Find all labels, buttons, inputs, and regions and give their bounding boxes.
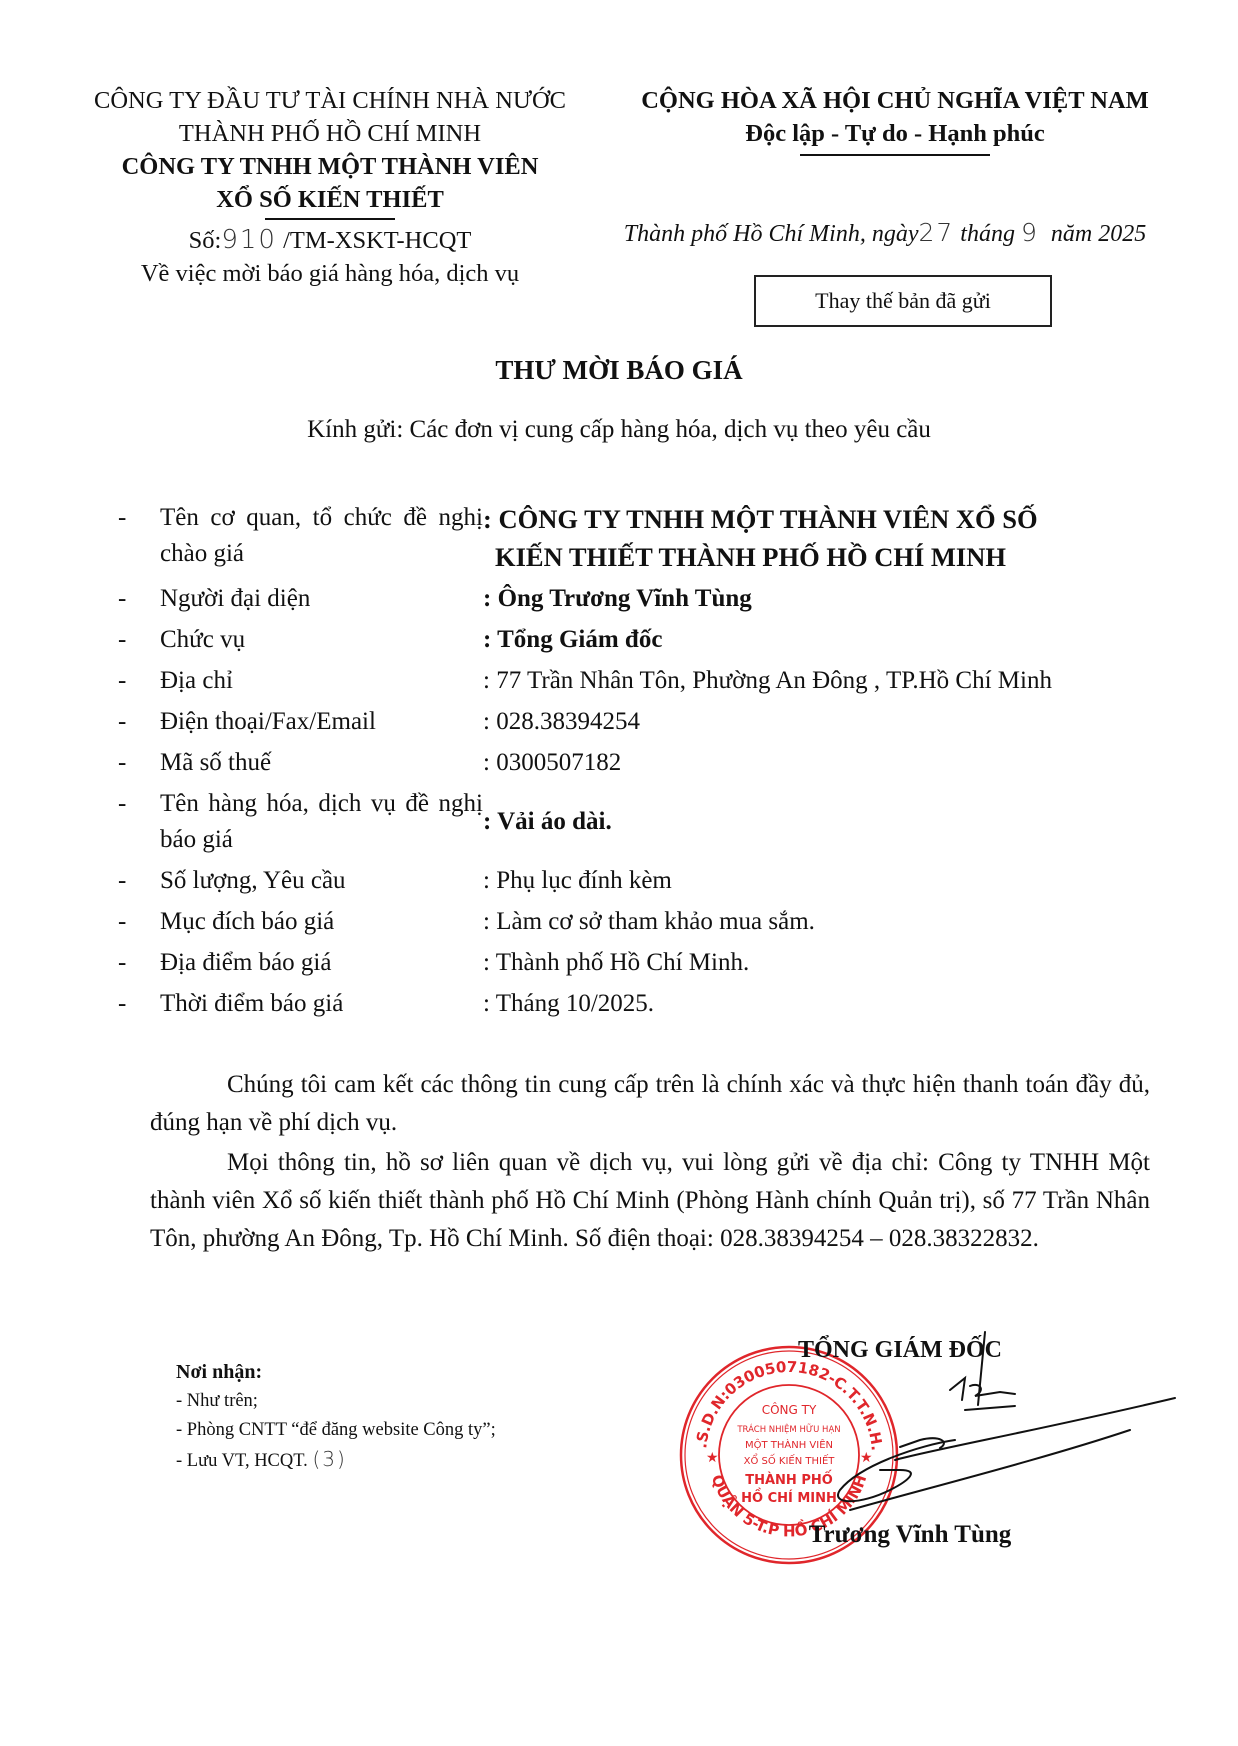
info-value-line1: : CÔNG TY TNHH MỘT THÀNH VIÊN XỔ SỐ (483, 504, 1038, 534)
list-bullet: - (118, 581, 160, 617)
recipient-item: - Phòng CNTT “để đăng website Công ty”; (176, 1416, 636, 1445)
info-row-position: - Chức vụ : Tổng Giám đốc (118, 622, 1178, 658)
commitment-paragraph: Chúng tôi cam kết các thông tin cung cấp… (150, 1066, 1150, 1142)
doc-number-handwritten: 910 (221, 225, 277, 255)
info-row-goods: - Tên hàng hóa, dịch vụ đề nghị báo giá … (118, 786, 1178, 858)
national-header: CỘNG HÒA XÃ HỘI CHỦ NGHĨA VIỆT NAM Độc l… (625, 84, 1165, 156)
parent-org-line1: CÔNG TY ĐẦU TƯ TÀI CHÍNH NHÀ NƯỚC (60, 84, 600, 117)
body-text: Chúng tôi cam kết các thông tin cung cấp… (150, 1066, 1150, 1260)
info-label: Số lượng, Yêu cầu (160, 863, 483, 899)
list-bullet: - (118, 704, 160, 740)
info-value: : 77 Trần Nhân Tôn, Phường An Đông , TP.… (483, 663, 1178, 699)
info-value: : Tổng Giám đốc (483, 622, 1178, 658)
nation-name: CỘNG HÒA XÃ HỘI CHỦ NGHĨA VIỆT NAM (625, 84, 1165, 117)
info-value: : 0300507182 (483, 745, 1178, 781)
recipient-item: - Lưu VT, HCQT. (3) (176, 1445, 636, 1476)
info-value: : Ông Trương Vĩnh Tùng (483, 581, 1178, 617)
list-bullet: - (118, 663, 160, 699)
replacement-notice: Thay thế bản đã gửi (815, 288, 991, 314)
parent-org-line2: THÀNH PHỐ HỒ CHÍ MINH (60, 117, 600, 150)
salutation: Kính gửi: Các đơn vị cung cấp hàng hóa, … (0, 416, 1238, 444)
doc-subject: Về việc mời báo giá hàng hóa, dịch vụ (60, 257, 600, 290)
replacement-notice-box: Thay thế bản đã gửi (754, 275, 1052, 327)
doc-number: Số:910 /TM-XSKT-HCQT (60, 224, 600, 257)
info-value-line2: KIẾN THIẾT THÀNH PHỐ HỒ CHÍ MINH (483, 542, 1006, 572)
org-name-line2: XỔ SỐ KIẾN THIẾT (60, 183, 600, 216)
list-bullet: - (118, 745, 160, 781)
info-label: Địa chỉ (160, 663, 483, 699)
info-value: : Vải áo dài. (483, 804, 1178, 840)
signer-name: Trương Vĩnh Tùng (760, 1521, 1060, 1549)
date-month-label: tháng (960, 221, 1015, 247)
info-label: Tên hàng hóa, dịch vụ đề nghị báo giá (160, 786, 483, 858)
info-list: - Tên cơ quan, tổ chức đề nghị chào giá … (118, 500, 1178, 1027)
info-value: : CÔNG TY TNHH MỘT THÀNH VIÊN XỔ SỐ KIẾN… (483, 500, 1178, 576)
recipient-item: - Như trên; (176, 1387, 636, 1416)
info-value: : Làm cơ sở tham khảo mua sắm. (483, 904, 1178, 940)
date-year: năm 2025 (1051, 221, 1146, 247)
recipients-block: Nơi nhận: - Như trên; - Phòng CNTT “để đ… (176, 1358, 636, 1476)
org-name-line1: CÔNG TY TNHH MỘT THÀNH VIÊN (60, 150, 600, 183)
svg-text:★: ★ (706, 1450, 719, 1466)
list-bullet: - (118, 786, 160, 822)
motto-divider (800, 154, 990, 156)
info-row-phone: - Điện thoại/Fax/Email : 028.38394254 (118, 704, 1178, 740)
info-label: Địa điểm báo giá (160, 945, 483, 981)
date-line: Thành phố Hồ Chí Minh, ngày27 tháng 9 nă… (585, 218, 1185, 248)
doc-number-prefix: Số: (189, 227, 222, 254)
info-label: Mục đích báo giá (160, 904, 483, 940)
list-bullet: - (118, 622, 160, 658)
date-prefix: Thành phố Hồ Chí Minh, ngày (624, 221, 919, 247)
info-label: Người đại diện (160, 581, 483, 617)
list-bullet: - (118, 945, 160, 981)
document-title: THƯ MỜI BÁO GIÁ (0, 355, 1238, 386)
list-bullet: - (118, 904, 160, 940)
info-value: : 028.38394254 (483, 704, 1178, 740)
header-divider (265, 218, 395, 220)
info-row-purpose: - Mục đích báo giá : Làm cơ sở tham khảo… (118, 904, 1178, 940)
info-label: Mã số thuế (160, 745, 483, 781)
date-month-handwritten: 9 (1021, 218, 1039, 247)
info-row-quantity: - Số lượng, Yêu cầu : Phụ lục đính kèm (118, 863, 1178, 899)
list-bullet: - (118, 500, 160, 536)
info-row-time: - Thời điểm báo giá : Tháng 10/2025. (118, 986, 1178, 1022)
handwritten-copy-count: (3) (312, 1447, 346, 1471)
list-bullet: - (118, 986, 160, 1022)
info-row-tax-code: - Mã số thuế : 0300507182 (118, 745, 1178, 781)
recipients-heading: Nơi nhận: (176, 1358, 636, 1387)
date-day-handwritten: 27 (918, 218, 954, 247)
list-bullet: - (118, 863, 160, 899)
national-motto: Độc lập - Tự do - Hạnh phúc (625, 117, 1165, 150)
issuer-header: CÔNG TY ĐẦU TƯ TÀI CHÍNH NHÀ NƯỚC THÀNH … (60, 84, 600, 290)
info-label: Tên cơ quan, tổ chức đề nghị chào giá (160, 500, 483, 572)
info-value: : Phụ lục đính kèm (483, 863, 1178, 899)
info-value: : Tháng 10/2025. (483, 986, 1178, 1022)
info-label: Điện thoại/Fax/Email (160, 704, 483, 740)
doc-number-suffix: /TM-XSKT-HCQT (283, 227, 471, 254)
info-row-location: - Địa điểm báo giá : Thành phố Hồ Chí Mi… (118, 945, 1178, 981)
info-row-address: - Địa chỉ : 77 Trần Nhân Tôn, Phường An … (118, 663, 1178, 699)
handwritten-signature-icon (800, 1320, 1180, 1540)
info-row-representative: - Người đại diện : Ông Trương Vĩnh Tùng (118, 581, 1178, 617)
info-value: : Thành phố Hồ Chí Minh. (483, 945, 1178, 981)
info-label: Chức vụ (160, 622, 483, 658)
contact-paragraph: Mọi thông tin, hồ sơ liên quan về dịch v… (150, 1144, 1150, 1258)
info-label: Thời điểm báo giá (160, 986, 483, 1022)
info-row-organization: - Tên cơ quan, tổ chức đề nghị chào giá … (118, 500, 1178, 576)
